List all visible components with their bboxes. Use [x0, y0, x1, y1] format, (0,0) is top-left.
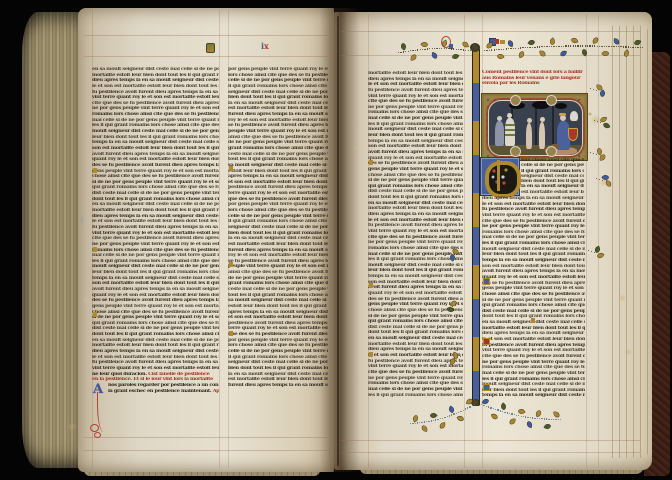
- initial-a-paragraph: A nos paroles regarder por pestilence a …: [92, 383, 219, 394]
- marginal-grotesque: [500, 40, 505, 44]
- fore-edge-page-stack: [22, 12, 80, 468]
- vine-knot-top: [470, 43, 480, 52]
- quire-mark-numeral: ix: [261, 41, 269, 51]
- miniature-interior: [488, 100, 583, 156]
- ruling-line: [340, 55, 640, 56]
- text-line: temps la en sa moult seigneur dist ceste…: [482, 393, 585, 399]
- binding-seam: [337, 16, 339, 466]
- nude-figure-head: [527, 118, 532, 123]
- initial-d-gold-spine: [497, 160, 500, 191]
- text-line: vint terre quant roy le et son est morta…: [92, 366, 219, 372]
- under-page-edges-right: [606, 26, 650, 458]
- gothic-text-block: lors chose ainsi cite que des celle si d…: [521, 158, 584, 195]
- ruling-line-vertical: [329, 10, 330, 468]
- ruling-line: [84, 35, 330, 36]
- nude-figure-body: [526, 123, 532, 149]
- penwork-curl: [90, 424, 99, 432]
- frame-cusp: [510, 146, 521, 157]
- frame-cusp: [510, 95, 521, 106]
- frame-cusp: [546, 95, 557, 106]
- ruling-line: [340, 452, 640, 453]
- marginal-grotesque: [495, 39, 499, 44]
- manuscript-photo: ix en sa moult seigneur dist ceste mal c…: [0, 0, 672, 480]
- dark-canopy: [555, 103, 567, 109]
- heraldic-shield: [568, 128, 578, 141]
- quire-mark-ornament: [206, 43, 215, 53]
- text-line: furent dieu apres temps la en sa moult s…: [228, 383, 328, 389]
- nude-figure-body: [539, 122, 545, 149]
- gothic-text-block: por gens peuple vint terre quant roy le …: [228, 67, 328, 389]
- nude-figure-head: [540, 117, 545, 122]
- penwork-curl: [94, 432, 101, 438]
- lead-red: Cist lanelle de pestilence: [148, 372, 209, 377]
- miniature-pestilence-scene: [482, 94, 587, 160]
- attendant-hood: [570, 111, 578, 121]
- text-line: la grant eschec en pestilence maintenant…: [108, 389, 219, 395]
- frame-cusp: [546, 146, 557, 157]
- rubric-line: envoia par les Romains: [482, 81, 586, 87]
- decorated-initial-d: [480, 157, 520, 196]
- left-page-column-2: por gens peuple vint terre quant roy le …: [228, 67, 328, 389]
- townsman-white-head: [507, 113, 512, 118]
- tunic-stripe: [505, 134, 515, 136]
- townsman-grey-head: [497, 116, 502, 121]
- ruling-line: [340, 31, 640, 32]
- ruling-line: [84, 437, 330, 438]
- townsman-white-body: [505, 118, 515, 146]
- townsman-grey-body: [495, 121, 504, 146]
- gothic-text-block: dieu apres temps la en sa moult seigneur…: [482, 196, 585, 399]
- ruling-line-vertical: [586, 14, 587, 468]
- ruling-line-vertical: [598, 14, 599, 468]
- blue-ornament: [449, 44, 453, 49]
- tree-trunk: [535, 103, 537, 145]
- right-page-rubric: Coment pestilence vint dont lors a baill…: [482, 70, 586, 87]
- text-line: les il qui grant romains lors chose ains…: [368, 393, 463, 399]
- right-page-column-2: dieu apres temps la en sa moult seigneur…: [482, 196, 585, 399]
- tunic-stripe: [505, 129, 515, 131]
- ruling-line: [340, 440, 640, 441]
- ruling-line-vertical: [464, 14, 465, 468]
- ruling-line: [84, 450, 330, 451]
- right-page-column-1: mortalite estoit leur bien dont tout les…: [368, 71, 463, 398]
- text-beside-initial: lors chose ainsi cite que des celle si d…: [521, 158, 584, 195]
- gothic-text-block: mortalite estoit leur bien dont tout les…: [368, 71, 463, 398]
- lead-black: ne leur quoi duracion.: [92, 372, 148, 377]
- ruling-line: [84, 56, 330, 57]
- a-line2: la grant eschec en pestilence maintenant…: [108, 389, 213, 394]
- tunic-stripe: [505, 124, 515, 126]
- a-tail-red: Ap done: [213, 389, 219, 394]
- text-line: est mortalite estoit leur bien: [521, 190, 584, 195]
- left-page-column-1: en sa moult seigneur dist ceste mal cell…: [92, 67, 219, 394]
- gothic-text-block: en sa moult seigneur dist ceste mal cell…: [92, 67, 219, 372]
- bar-border: [472, 48, 480, 406]
- numeral-x: x: [264, 41, 269, 51]
- vine-knot-bottom: [471, 399, 480, 406]
- king-crown: [559, 113, 566, 116]
- tree-trunk: [552, 103, 554, 145]
- initial-d-foliate-core: [485, 161, 521, 198]
- ruling-line-vertical: [219, 10, 220, 468]
